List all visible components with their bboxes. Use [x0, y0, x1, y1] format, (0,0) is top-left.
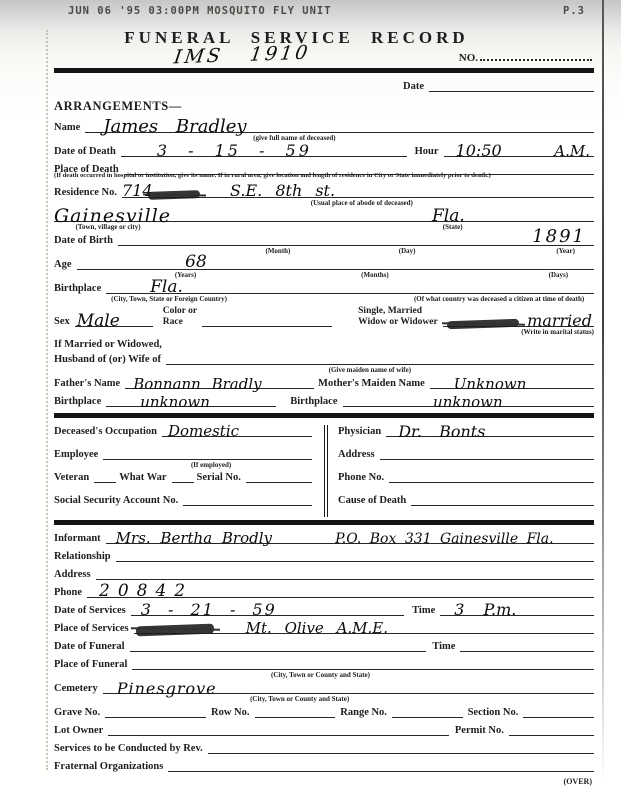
- name-label: Name: [54, 122, 80, 133]
- race-line: [202, 315, 332, 327]
- what-war-label: What War: [119, 472, 166, 483]
- marital-hint: (Write in marital status): [521, 328, 594, 336]
- veteran-label: Veteran: [54, 472, 89, 483]
- page-left-edge: [46, 30, 48, 770]
- place-of-services-label: Place of Services: [54, 623, 129, 634]
- name-row: Name James Bradley (give full name of de…: [54, 121, 594, 133]
- marital-label-line2: Widow or Widower: [358, 317, 438, 328]
- fax-page-number: P.3: [563, 5, 585, 17]
- place-of-funeral-label: Place of Funeral: [54, 659, 127, 670]
- date-of-death-line: 3 - 15 - 59: [121, 145, 407, 157]
- scanned-document: JUN 06 '95 03:00PM MOSQUITO FLY UNIT P.3…: [0, 0, 621, 800]
- father-label: Father's Name: [54, 378, 120, 389]
- place-of-death-row: Place of Death: [54, 163, 594, 175]
- date-of-services-value: 3 - 21 - 59: [141, 602, 277, 618]
- if-married-label: If Married or Widowed,: [54, 339, 162, 350]
- dob-year-hint: (Year): [556, 247, 575, 255]
- lot-owner-row: Lot Owner Permit No.: [54, 724, 594, 736]
- scribble-mark: [148, 190, 200, 200]
- physician-address-row: Address: [338, 448, 594, 460]
- record-number-row: IMS 1910 NO.: [174, 45, 592, 66]
- hour-value: 10:50: [456, 143, 502, 159]
- ssn-row: Social Security Account No.: [54, 494, 312, 506]
- section-divider: [54, 520, 594, 525]
- row-number-label: Row No.: [211, 707, 250, 718]
- range-number-line: [392, 706, 463, 718]
- residence-label: Residence No.: [54, 187, 117, 198]
- town-hint: (Town, village or city): [76, 223, 141, 231]
- physician-column: Physician Dr. Bonts Address Phone No. Ca…: [324, 425, 594, 517]
- date-of-funeral-label: Date of Funeral: [54, 641, 125, 652]
- date-label: Date: [403, 81, 424, 92]
- section-number-label: Section No.: [468, 707, 519, 718]
- residence-hint: (Usual place of abode of deceased): [311, 199, 413, 207]
- occupation-column: Deceased's Occupation Domestic Employee …: [54, 425, 324, 517]
- fax-header: JUN 06 '95 03:00PM MOSQUITO FLY UNIT P.3: [68, 5, 585, 17]
- sex-value: Male: [77, 313, 120, 330]
- place-of-funeral-line: (City, Town or County and State): [132, 658, 594, 670]
- age-line: 68 (Years) (Months) (Days): [77, 258, 595, 270]
- age-label: Age: [54, 259, 72, 270]
- parents-birthplace-row: Birthplace unknown Birthplace unknown: [54, 395, 594, 407]
- birthplace-line: Fla. (City, Town, State or Foreign Count…: [106, 282, 594, 294]
- if-married-row: If Married or Widowed,: [54, 339, 594, 350]
- dob-year-value: 1891: [532, 228, 586, 246]
- fax-timestamp: JUN 06 '95 03:00PM MOSQUITO FLY UNIT: [68, 5, 332, 17]
- cemetery-value: Pinesgrove: [117, 681, 217, 697]
- place-of-services-line: Mt. Olive A.M.E.: [134, 622, 594, 634]
- age-value: 68: [185, 254, 207, 271]
- officiant-label: Services to be Conducted by Rev.: [54, 743, 203, 754]
- no-label: NO.: [459, 52, 478, 64]
- date-of-birth-line: (Month) (Day) (Year) 1891: [118, 234, 594, 246]
- date-of-birth-label: Date of Birth: [54, 235, 113, 246]
- race-label: Color or Race: [163, 306, 197, 327]
- officiant-row: Services to be Conducted by Rev.: [54, 742, 594, 754]
- range-number-label: Range No.: [340, 707, 387, 718]
- mother-value: Unknown: [454, 377, 527, 392]
- mother-birthplace-line: unknown: [343, 395, 595, 407]
- occupation-physician-block: Deceased's Occupation Domestic Employee …: [54, 425, 594, 517]
- physician-label: Physician: [338, 426, 381, 437]
- spouse-hint: (Give maiden name of wife): [329, 366, 411, 374]
- informant-phone-line: 20842: [87, 586, 594, 598]
- date-of-funeral-line: [130, 640, 427, 652]
- grave-row: Grave No. Row No. Range No. Section No.: [54, 706, 594, 718]
- permit-number-label: Permit No.: [455, 725, 504, 736]
- race-label-line1: Color or: [163, 306, 197, 317]
- race-label-line2: Race: [163, 317, 197, 328]
- physician-address-line: [380, 448, 594, 460]
- cemetery-label: Cemetery: [54, 683, 98, 694]
- date-line: [429, 80, 594, 92]
- sex-label: Sex: [54, 316, 70, 327]
- funeral-record-form: FUNERAL SERVICE RECORD IMS 1910 NO. Date…: [54, 28, 594, 786]
- handwritten-note: IMS 1910: [172, 42, 311, 69]
- services-time-label: Time: [412, 605, 435, 616]
- occupation-row: Deceased's Occupation Domestic: [54, 425, 312, 437]
- father-line: Bonnann Bradly: [125, 377, 314, 389]
- age-row: Age 68 (Years) (Months) (Days): [54, 258, 594, 270]
- age-days-hint: (Days): [549, 271, 568, 279]
- residence-row: Residence No. 714 S.E. 8th st. (Usual pl…: [54, 186, 594, 198]
- mother-birthplace-label: Birthplace: [290, 396, 337, 407]
- sex-line: Male: [75, 315, 153, 327]
- employee-row: Employee (If employed): [54, 448, 312, 460]
- place-of-services-row: Place of Services Mt. Olive A.M.E.: [54, 622, 594, 634]
- cemetery-row: Cemetery Pinesgrove (City, Town or Count…: [54, 682, 594, 694]
- spouse-label: Husband of (or) Wife of: [54, 354, 161, 365]
- physician-phone-line: [389, 471, 594, 483]
- father-value: Bonnann Bradly: [133, 377, 261, 392]
- place-of-death-line: [124, 163, 594, 175]
- mother-birthplace-value: unknown: [433, 395, 503, 410]
- birthplace-row: Birthplace Fla. (City, Town, State or Fo…: [54, 282, 594, 294]
- birthplace-value: Fla.: [150, 279, 183, 296]
- hour-label: Hour: [415, 146, 439, 157]
- sex-race-marital-row: Sex Male Color or Race Single, Married W…: [54, 306, 594, 327]
- ssn-label: Social Security Account No.: [54, 495, 178, 506]
- serial-label: Serial No.: [197, 472, 241, 483]
- informant-phone-row: Phone 20842: [54, 586, 594, 598]
- lot-owner-label: Lot Owner: [54, 725, 103, 736]
- employee-hint: (If employed): [191, 461, 231, 469]
- page-right-edge: [602, 0, 604, 800]
- informant-phone-value: 20842: [99, 583, 193, 600]
- informant-address-line: [96, 568, 594, 580]
- town-state-line: Gainesville (Town, village or city) Fla.…: [54, 210, 594, 222]
- occupation-value: Domestic: [168, 424, 239, 439]
- hour-line: 10:50 A.M.: [444, 145, 594, 157]
- physician-row: Physician Dr. Bonts: [338, 425, 594, 437]
- date-row: Date: [54, 80, 594, 92]
- date-of-services-label: Date of Services: [54, 605, 126, 616]
- no-dotted-line: [480, 57, 592, 61]
- dob-month-hint: (Month): [265, 247, 290, 255]
- grave-number-line: [105, 706, 206, 718]
- name-value: James Bradley: [103, 118, 246, 136]
- funeral-time-line: [460, 640, 594, 652]
- fraternal-label: Fraternal Organizations: [54, 761, 163, 772]
- section-number-line: [523, 706, 594, 718]
- name-line: James Bradley (give full name of decease…: [85, 121, 594, 133]
- veteran-line: [94, 471, 116, 483]
- employee-label: Employee: [54, 449, 98, 460]
- physician-value: Dr. Bonts: [398, 424, 485, 440]
- residence-line: 714 S.E. 8th st. (Usual place of abode o…: [122, 186, 594, 198]
- citizen-hint: (Of what country was deceased a citizen …: [414, 295, 584, 303]
- header-divider: [54, 68, 594, 73]
- relationship-row: Relationship: [54, 550, 594, 562]
- place-of-funeral-row: Place of Funeral (City, Town or County a…: [54, 658, 594, 670]
- state-hint: (State): [443, 223, 463, 231]
- occupation-line: Domestic: [162, 425, 312, 437]
- record-number: NO.: [459, 48, 592, 66]
- informant-row: Informant Mrs. Bertha Brodly P.O. Box 33…: [54, 532, 594, 544]
- place-of-funeral-hint: (City, Town or County and State): [271, 671, 370, 679]
- services-time-value: 3 P.m.: [454, 602, 516, 618]
- officiant-line: [208, 742, 594, 754]
- date-of-services-row: Date of Services 3 - 21 - 59 Time 3 P.m.: [54, 604, 594, 616]
- funeral-time-label: Time: [432, 641, 455, 652]
- informant-phone-label: Phone: [54, 587, 82, 598]
- occupation-label: Deceased's Occupation: [54, 426, 157, 437]
- date-of-death-row: Date of Death 3 - 15 - 59 Hour 10:50 A.M…: [54, 145, 594, 157]
- veteran-row: Veteran What War Serial No.: [54, 471, 312, 483]
- permit-number-line: [509, 724, 594, 736]
- informant-address-label: Address: [54, 569, 91, 580]
- informant-name-value: Mrs. Bertha Brodly: [116, 531, 272, 546]
- what-war-line: [172, 471, 194, 483]
- over-label: (OVER): [54, 777, 594, 786]
- physician-line: Dr. Bonts: [386, 425, 594, 437]
- cemetery-line: Pinesgrove (City, Town or County and Sta…: [103, 682, 594, 694]
- serial-line: [246, 471, 312, 483]
- father-birthplace-value: unknown: [140, 395, 210, 410]
- date-of-death-label: Date of Death: [54, 146, 116, 157]
- informant-line: Mrs. Bertha Brodly P.O. Box 331 Gainesvi…: [106, 532, 594, 544]
- cemetery-hint: (City, Town or County and State): [250, 695, 349, 703]
- services-time-line: 3 P.m.: [440, 604, 594, 616]
- mother-line: Unknown: [430, 377, 594, 389]
- date-of-birth-row: Date of Birth (Month) (Day) (Year) 1891: [54, 234, 594, 246]
- father-birthplace-line: unknown: [106, 395, 276, 407]
- scribble-mark: [135, 624, 213, 637]
- cause-of-death-line: [411, 494, 594, 506]
- age-months-hint: (Months): [361, 271, 389, 279]
- cause-of-death-label: Cause of Death: [338, 495, 406, 506]
- ampm-value: A.M.: [554, 144, 590, 159]
- birthplace-label: Birthplace: [54, 283, 101, 294]
- marital-label: Single, Married Widow or Widower: [358, 306, 438, 327]
- informant-label: Informant: [54, 533, 101, 544]
- residence-street-value: S.E. 8th st.: [230, 183, 335, 199]
- informant-address-value: P.O. Box 331 Gainesville Fla.: [335, 532, 553, 546]
- parents-name-row: Father's Name Bonnann Bradly Mother's Ma…: [54, 377, 594, 389]
- spouse-row: Husband of (or) Wife of (Give maiden nam…: [54, 353, 594, 365]
- lot-owner-line: [108, 724, 449, 736]
- spouse-line: (Give maiden name of wife): [166, 353, 594, 365]
- physician-phone-label: Phone No.: [338, 472, 384, 483]
- date-of-funeral-row: Date of Funeral Time: [54, 640, 594, 652]
- physician-phone-row: Phone No.: [338, 471, 594, 483]
- place-of-services-value: Mt. Olive A.M.E.: [246, 621, 388, 636]
- employee-line: (If employed): [103, 448, 312, 460]
- birthplace-hint: (City, Town, State or Foreign Country): [111, 295, 227, 303]
- mother-label: Mother's Maiden Name: [318, 378, 425, 389]
- cause-of-death-row: Cause of Death: [338, 494, 594, 506]
- relationship-line: [116, 550, 594, 562]
- marital-line: married (Write in marital status): [443, 315, 594, 327]
- scribble-mark: [447, 319, 519, 330]
- section-divider: [54, 413, 594, 418]
- ssn-line: [183, 494, 312, 506]
- informant-address-row: Address: [54, 568, 594, 580]
- physician-address-label: Address: [338, 449, 375, 460]
- date-of-services-line: 3 - 21 - 59: [131, 604, 404, 616]
- row-number-line: [255, 706, 336, 718]
- date-of-death-value: 3 - 15 - 59: [157, 143, 312, 159]
- marital-label-line1: Single, Married: [358, 306, 438, 317]
- father-birthplace-label: Birthplace: [54, 396, 101, 407]
- relationship-label: Relationship: [54, 551, 111, 562]
- fraternal-line: [168, 760, 594, 772]
- grave-number-label: Grave No.: [54, 707, 100, 718]
- fraternal-row: Fraternal Organizations: [54, 760, 594, 772]
- dob-day-hint: (Day): [399, 247, 416, 255]
- arrangements-heading: ARRANGEMENTS—: [54, 99, 594, 114]
- town-state-row: Gainesville (Town, village or city) Fla.…: [54, 210, 594, 222]
